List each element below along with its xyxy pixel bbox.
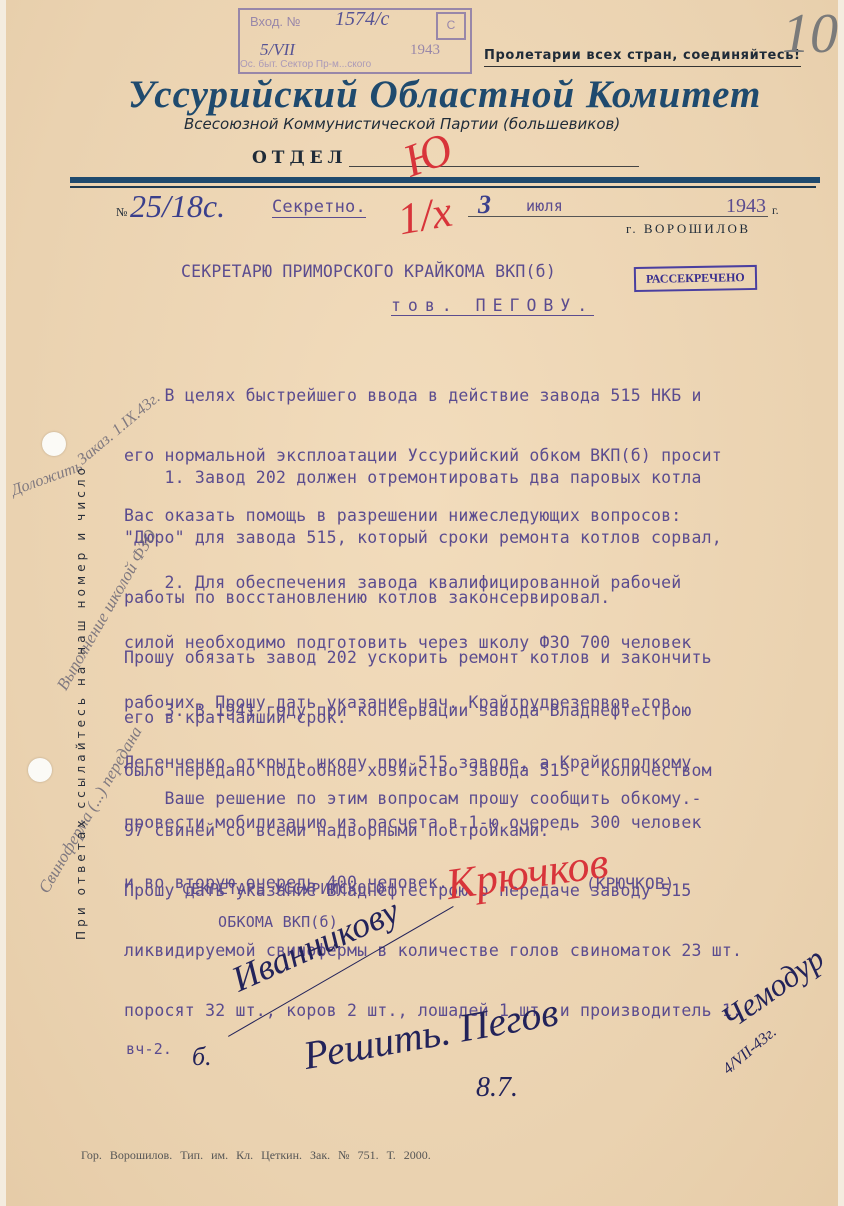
inbox-year: 1943 — [410, 42, 440, 59]
signatory-name: (КРЮЧКОВ) — [586, 874, 675, 893]
department-line — [349, 166, 639, 167]
date-line — [468, 216, 768, 217]
item-1-line: 1. Завод 202 должен отремонтировать два … — [124, 468, 824, 488]
punch-hole-top — [42, 432, 66, 456]
inbox-label: Вход. № — [250, 14, 301, 29]
number-label: № — [116, 205, 127, 220]
inbox-date: 5/VII — [260, 40, 295, 60]
item-2-line: 2. Для обеспечения завода квалифицирован… — [124, 573, 824, 593]
classification-label: Секретно. — [272, 197, 366, 218]
item-3-line: 3. В 1941 году при консервации завода Вл… — [124, 701, 824, 721]
declassified-stamp: РАССЕКРЕЧЕНО — [634, 265, 757, 292]
department-label: ОТДЕЛ — [252, 148, 348, 168]
item-3-line: было передано подсобное хозяйство завода… — [124, 761, 824, 781]
punch-hole-bottom — [28, 758, 52, 782]
date-month: июля — [526, 197, 563, 215]
inbox-registration-stamp: Вход. № 1574/с С 5/VII 1943 Ос. быт. Сек… — [238, 8, 472, 74]
inbox-sector-line: Ос. быт. Сектор Пр-м...ского — [240, 59, 371, 70]
side-margin-instruction: При ответах ссылайтесь на наш номер и чи… — [74, 464, 88, 940]
signatory-title-line-1: СЕКРЕТАРЬ УССУРИЙСКОГО — [182, 884, 385, 895]
inbox-box-letter: С — [436, 12, 466, 40]
red-routing-mark: 1/х — [394, 186, 456, 246]
typist-mark: вч-2. — [126, 1040, 172, 1058]
printer-imprint: Гор. Ворошилов. Тип. им. Кл. Цеткин. Зак… — [81, 1148, 431, 1163]
resolution-prefix: б. — [192, 1042, 212, 1072]
addressee-line-1: СЕКРЕТАРЮ ПРИМОРСКОГО КРАЙКОМА ВКП(б) — [181, 262, 556, 281]
inbox-number: 1574/с — [335, 8, 389, 31]
header-rule-thick — [70, 177, 820, 183]
item-3-line: 97 свиней со всеми надворными постройкам… — [124, 821, 824, 841]
document-page: Вход. № 1574/с С 5/VII 1943 Ос. быт. Сек… — [6, 0, 838, 1206]
slogan: Пролетарии всех стран, соединяйтесь! — [484, 48, 801, 67]
item-2-line: силой необходимо подготовить через школу… — [124, 633, 824, 653]
organization-subtitle: Всесоюзной Коммунистической Партии (боль… — [184, 115, 620, 133]
city: г. ВОРОШИЛОВ — [626, 221, 751, 237]
reference-number: 25/18с. — [130, 188, 225, 225]
organization-title: Уссурийский Областной Комитет — [128, 72, 761, 117]
addressee-line-2: тов. ПЕГОВУ. — [391, 296, 594, 316]
year-suffix: г. — [772, 203, 779, 218]
date-year: 1943 — [726, 195, 766, 218]
intro-line: В целях быстрейшего ввода в действие зав… — [124, 386, 824, 406]
closing-line: Ваше решение по этим вопросам прошу сооб… — [124, 789, 824, 809]
page-number: 10 — [782, 2, 838, 66]
resolution-date: 8.7. — [476, 1072, 518, 1104]
